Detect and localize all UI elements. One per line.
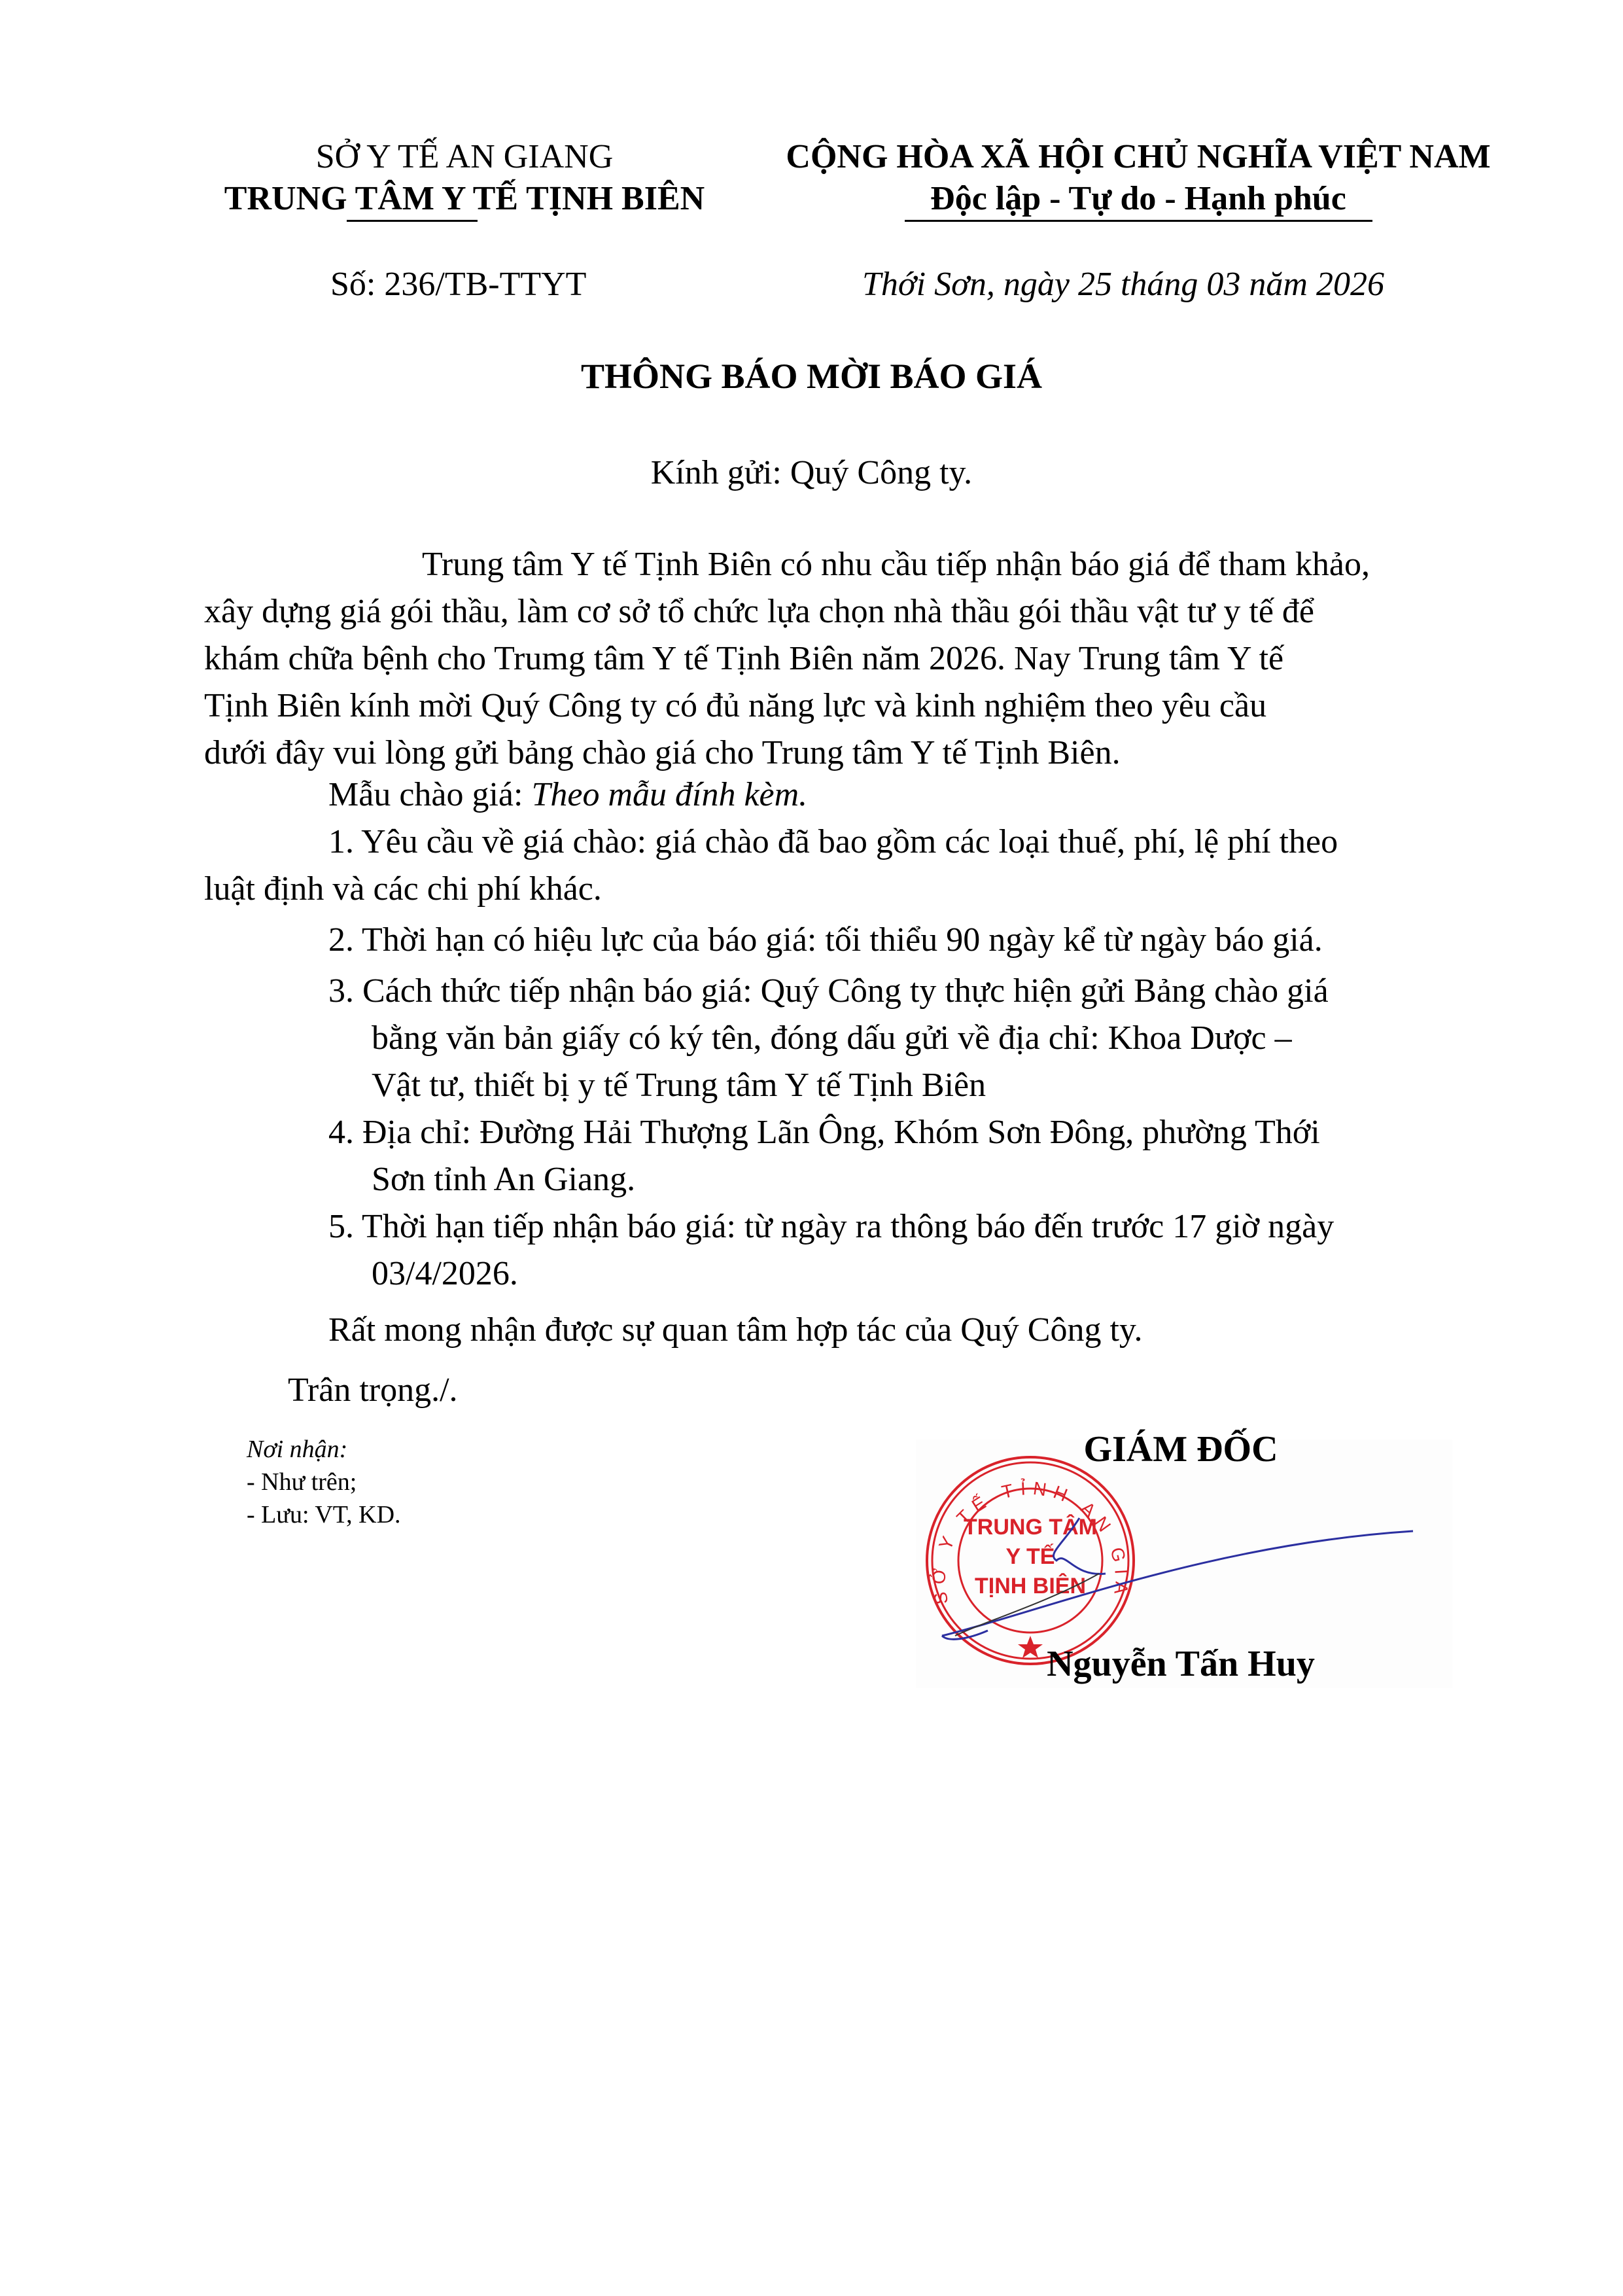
signer-position: GIÁM ĐỐC [903, 1426, 1459, 1472]
intro-line: xây dựng giá gói thầu, làm cơ sở tổ chức… [204, 589, 1314, 635]
list-item-5: 5. Thời hạn tiếp nhận báo giá: từ ngày r… [328, 1204, 1334, 1250]
intro-line: Tịnh Biên kính mời Quý Công ty có đủ năn… [204, 683, 1266, 729]
intro-line: khám chữa bệnh cho Trumg tâm Y tế Tịnh B… [204, 636, 1283, 682]
document-number: Số: 236/TB-TTYT [330, 262, 586, 308]
list-item-4-cont: Sơn tỉnh An Giang. [372, 1157, 635, 1203]
document-title: THÔNG BÁO MỜI BÁO GIÁ [0, 353, 1623, 399]
list-item-3-cont: bằng văn bản giấy có ký tên, đóng dấu gử… [372, 1016, 1292, 1061]
list-item-3-cont: Vật tư, thiết bị y tế Trung tâm Y tế Tịn… [372, 1063, 986, 1108]
country-name: CỘNG HÒA XÃ HỘI CHỦ NGHĨA VIỆT NAM [739, 136, 1537, 178]
agency-parent: SỞ Y TẾ AN GIANG [196, 136, 733, 178]
intro-line: dưới đây vui lòng gửi bảng chào giá cho … [204, 730, 1121, 776]
recipient-item: - Lưu: VT, KD. [247, 1498, 401, 1531]
regards-line: Trân trọng./. [288, 1368, 458, 1413]
svg-text:Y TẾ: Y TẾ [1006, 1544, 1055, 1569]
list-item-1-cont: luật định và các chi phí khác. [204, 866, 602, 912]
place-date: Thới Sơn, ngày 25 tháng 03 năm 2026 [862, 262, 1384, 308]
svg-text:TỊNH BIÊN: TỊNH BIÊN [975, 1574, 1086, 1598]
signer-name: Nguyễn Tấn Huy [903, 1641, 1459, 1687]
national-header: CỘNG HÒA XÃ HỘI CHỦ NGHĨA VIỆT NAM Độc l… [739, 136, 1537, 220]
template-label: Mẫu chào giá: [328, 776, 531, 813]
recipient-line: Kính gửi: Quý Công ty. [0, 450, 1623, 496]
svg-text:TRUNG TÂM: TRUNG TÂM [964, 1515, 1097, 1540]
national-motto: Độc lập - Tự do - Hạnh phúc [739, 178, 1537, 220]
list-item-1: 1. Yêu cầu về giá chào: giá chào đã bao … [328, 819, 1338, 865]
intro-line: Trung tâm Y tế Tịnh Biên có nhu cầu tiếp… [422, 542, 1370, 588]
recipient-item: - Như trên; [247, 1466, 401, 1498]
list-item-3: 3. Cách thức tiếp nhận báo giá: Quý Công… [328, 968, 1329, 1014]
recipients-label: Nơi nhận: [247, 1433, 401, 1466]
motto-underline [905, 220, 1372, 222]
list-item-4: 4. Địa chỉ: Đường Hải Thượng Lãn Ông, Kh… [328, 1110, 1320, 1156]
list-item-2: 2. Thời hạn có hiệu lực của báo giá: tối… [328, 917, 1323, 963]
quote-template-line: Mẫu chào giá: Theo mẫu đính kèm. [328, 772, 807, 818]
agency-name: TRUNG TÂM Y TẾ TỊNH BIÊN [196, 178, 733, 220]
agency-header: SỞ Y TẾ AN GIANG TRUNG TÂM Y TẾ TỊNH BIÊ… [196, 136, 733, 220]
template-value: Theo mẫu đính kèm. [531, 776, 807, 813]
closing-line: Rất mong nhận được sự quan tâm hợp tác c… [328, 1307, 1143, 1353]
agency-underline [347, 220, 478, 222]
recipients-block: Nơi nhận: - Như trên; - Lưu: VT, KD. [247, 1433, 401, 1531]
list-item-5-cont: 03/4/2026. [372, 1251, 518, 1297]
